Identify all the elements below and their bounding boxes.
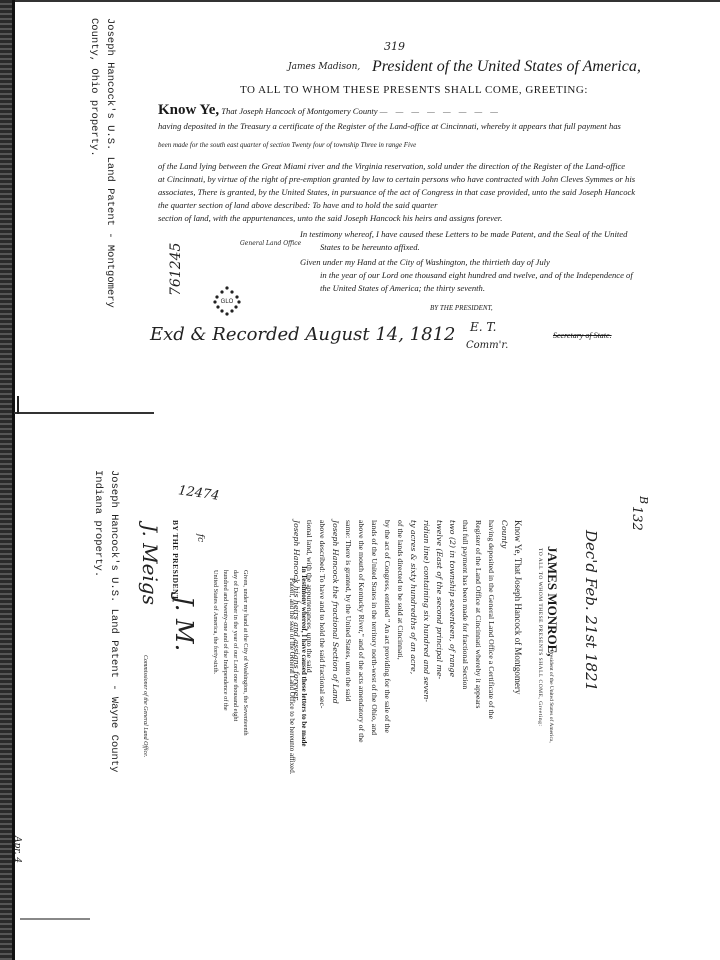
body-line: that full payment has been made for frac… (459, 520, 472, 743)
body-line: having deposited in the General Land Off… (485, 520, 498, 743)
corner-note: Apr. 4 (12, 836, 22, 863)
examined-recorded-note: Exd & Recorded August 14, 1812 (150, 324, 455, 345)
patent-body: Know Ye, That Joseph Hancock of Montgome… (290, 520, 524, 743)
secretary-of-state: Secretary of State. (553, 331, 612, 340)
body-line: Joseph Hancock the fractional Section of… (329, 520, 342, 743)
top-caption: Joseph Hancock's U.S. Land Patent - Mont… (86, 18, 118, 348)
body-line: above the mouth of Kentucky River," and … (355, 520, 368, 743)
given-line: Given, under my hand at the City of Wash… (240, 570, 250, 736)
by-the-president: BY THE PRESIDENT, (171, 520, 180, 602)
body-line: having deposited in the Treasury a certi… (158, 120, 698, 133)
page-number: 319 (384, 40, 405, 53)
commissioner-title: Commissioner of the General Land Office. (142, 655, 148, 757)
testimony-line: In testimony whereof, I have caused thes… (300, 228, 700, 241)
given-clause: Given under my Hand at the City of Washi… (300, 256, 700, 295)
margin-note-2: B (637, 496, 650, 504)
president-name: JAMES MONROE, (544, 546, 560, 657)
patent-header: JAMES MONROE, (544, 546, 560, 657)
scan-edge-top (0, 0, 720, 2)
scan-smudge (20, 918, 90, 920)
countersign: Comm'r. (466, 340, 508, 351)
body-line: been made for the south east quarter of … (158, 139, 698, 152)
president-signature: J. M. (170, 596, 198, 651)
body-line: That Joseph Hancock of Montgomery County (221, 106, 377, 116)
by-the-president: BY THE PRESIDENT, (430, 304, 493, 312)
caption-line: County, Ohio property. (86, 18, 102, 348)
president-signature: James Madison, (288, 62, 360, 72)
scan-edge-left (0, 0, 12, 960)
body-line: by the act of Congress, entitled " An ac… (381, 520, 394, 743)
glo-seal-icon: GLO (212, 286, 242, 316)
patent-greeting: TO ALL TO WHOM THESE PRESENTS SHALL COME… (240, 84, 588, 96)
fold-line (14, 412, 154, 414)
body-line: two (2) in township seventeen, of range (446, 520, 459, 743)
scan-edge-left-line (12, 0, 15, 960)
given-line: Given under my Hand at the City of Washi… (300, 256, 700, 269)
body-line: at Cincinnati, by virtue of the right of… (158, 173, 698, 186)
testimony-line: States to be hereunto affixed. (300, 241, 700, 254)
body-line: Know Ye, That Joseph Hancock of Montgome… (511, 520, 524, 743)
general-land-office-note: General Land Office (240, 240, 301, 247)
body-line: twelve (East of the second principal me- (433, 520, 446, 743)
given-line: in the year of our Lord one thousand eig… (300, 269, 700, 282)
vertical-record-number: 761245 (168, 243, 184, 296)
body-line: tional land, with the appurtenances, unt… (303, 520, 316, 743)
body-line: Joseph Hancock his heirs and assigns for… (290, 520, 303, 743)
patent-body: Know Ye, That Joseph Hancock of Montgome… (158, 104, 698, 225)
fc-note: fc (195, 534, 205, 542)
given-line: hundred and twenty-one and of the Indepe… (220, 570, 230, 736)
body-line: the quarter section of land above descri… (158, 199, 698, 212)
caption-line: Indiana property. (90, 470, 106, 870)
given-line: United States of America, the forty-sixt… (210, 570, 220, 736)
body-line: of the Land lying between the Great Miam… (158, 160, 698, 173)
svg-text:GLO: GLO (221, 299, 234, 305)
testimony-clause: In testimony whereof, I have caused thes… (300, 228, 700, 254)
body-line: same: There is granted, by the United St… (342, 520, 355, 743)
body-line: associates, There is granted, by the Uni… (158, 186, 698, 199)
body-line: ty acres & sixty hundredths of an acre, (407, 520, 420, 743)
body-line: of the lands directed to be sold at Cinc… (394, 520, 407, 743)
given-line: the United States of America; the thirty… (300, 282, 700, 295)
given-line: day of December in the year of our Lord … (230, 570, 240, 736)
body-line: lands of the United States in the territ… (368, 520, 381, 743)
body-line: above described: To have and to hold the… (316, 520, 329, 743)
record-number: 12474 (177, 483, 220, 504)
fold-tick (17, 396, 19, 414)
caption-line: Joseph Hancock's U.S. Land Patent - Mont… (102, 18, 118, 348)
body-line: section of land, with the appurtenances,… (158, 212, 698, 225)
margin-note: 132 (629, 506, 644, 531)
caption-line: Joseph Hancock's U.S. Land Patent - Wayn… (106, 470, 122, 870)
body-line: ridian line) containing six hundred and … (420, 520, 433, 743)
secretary-initials: E. T. (470, 320, 496, 334)
patent-greeting: TO ALL TO WHOM THESE PRESENTS SHALL COME… (537, 548, 543, 726)
patent-title: President of the United States of Americ… (372, 58, 641, 76)
president-subtitle: President of the United States of Americ… (548, 650, 554, 743)
body-line: County (498, 520, 511, 743)
commissioner-signature: J. Meigs (138, 524, 162, 605)
bottom-caption: Joseph Hancock's U.S. Land Patent - Wayn… (90, 470, 122, 870)
date-note: Dec'd Feb. 21st 1821 (582, 530, 600, 691)
body-line: Register of the Land Office at Cincinnat… (472, 520, 485, 743)
given-clause: Given, under my hand at the City of Wash… (210, 570, 250, 736)
know-ye-heading: Know Ye, (158, 102, 219, 118)
